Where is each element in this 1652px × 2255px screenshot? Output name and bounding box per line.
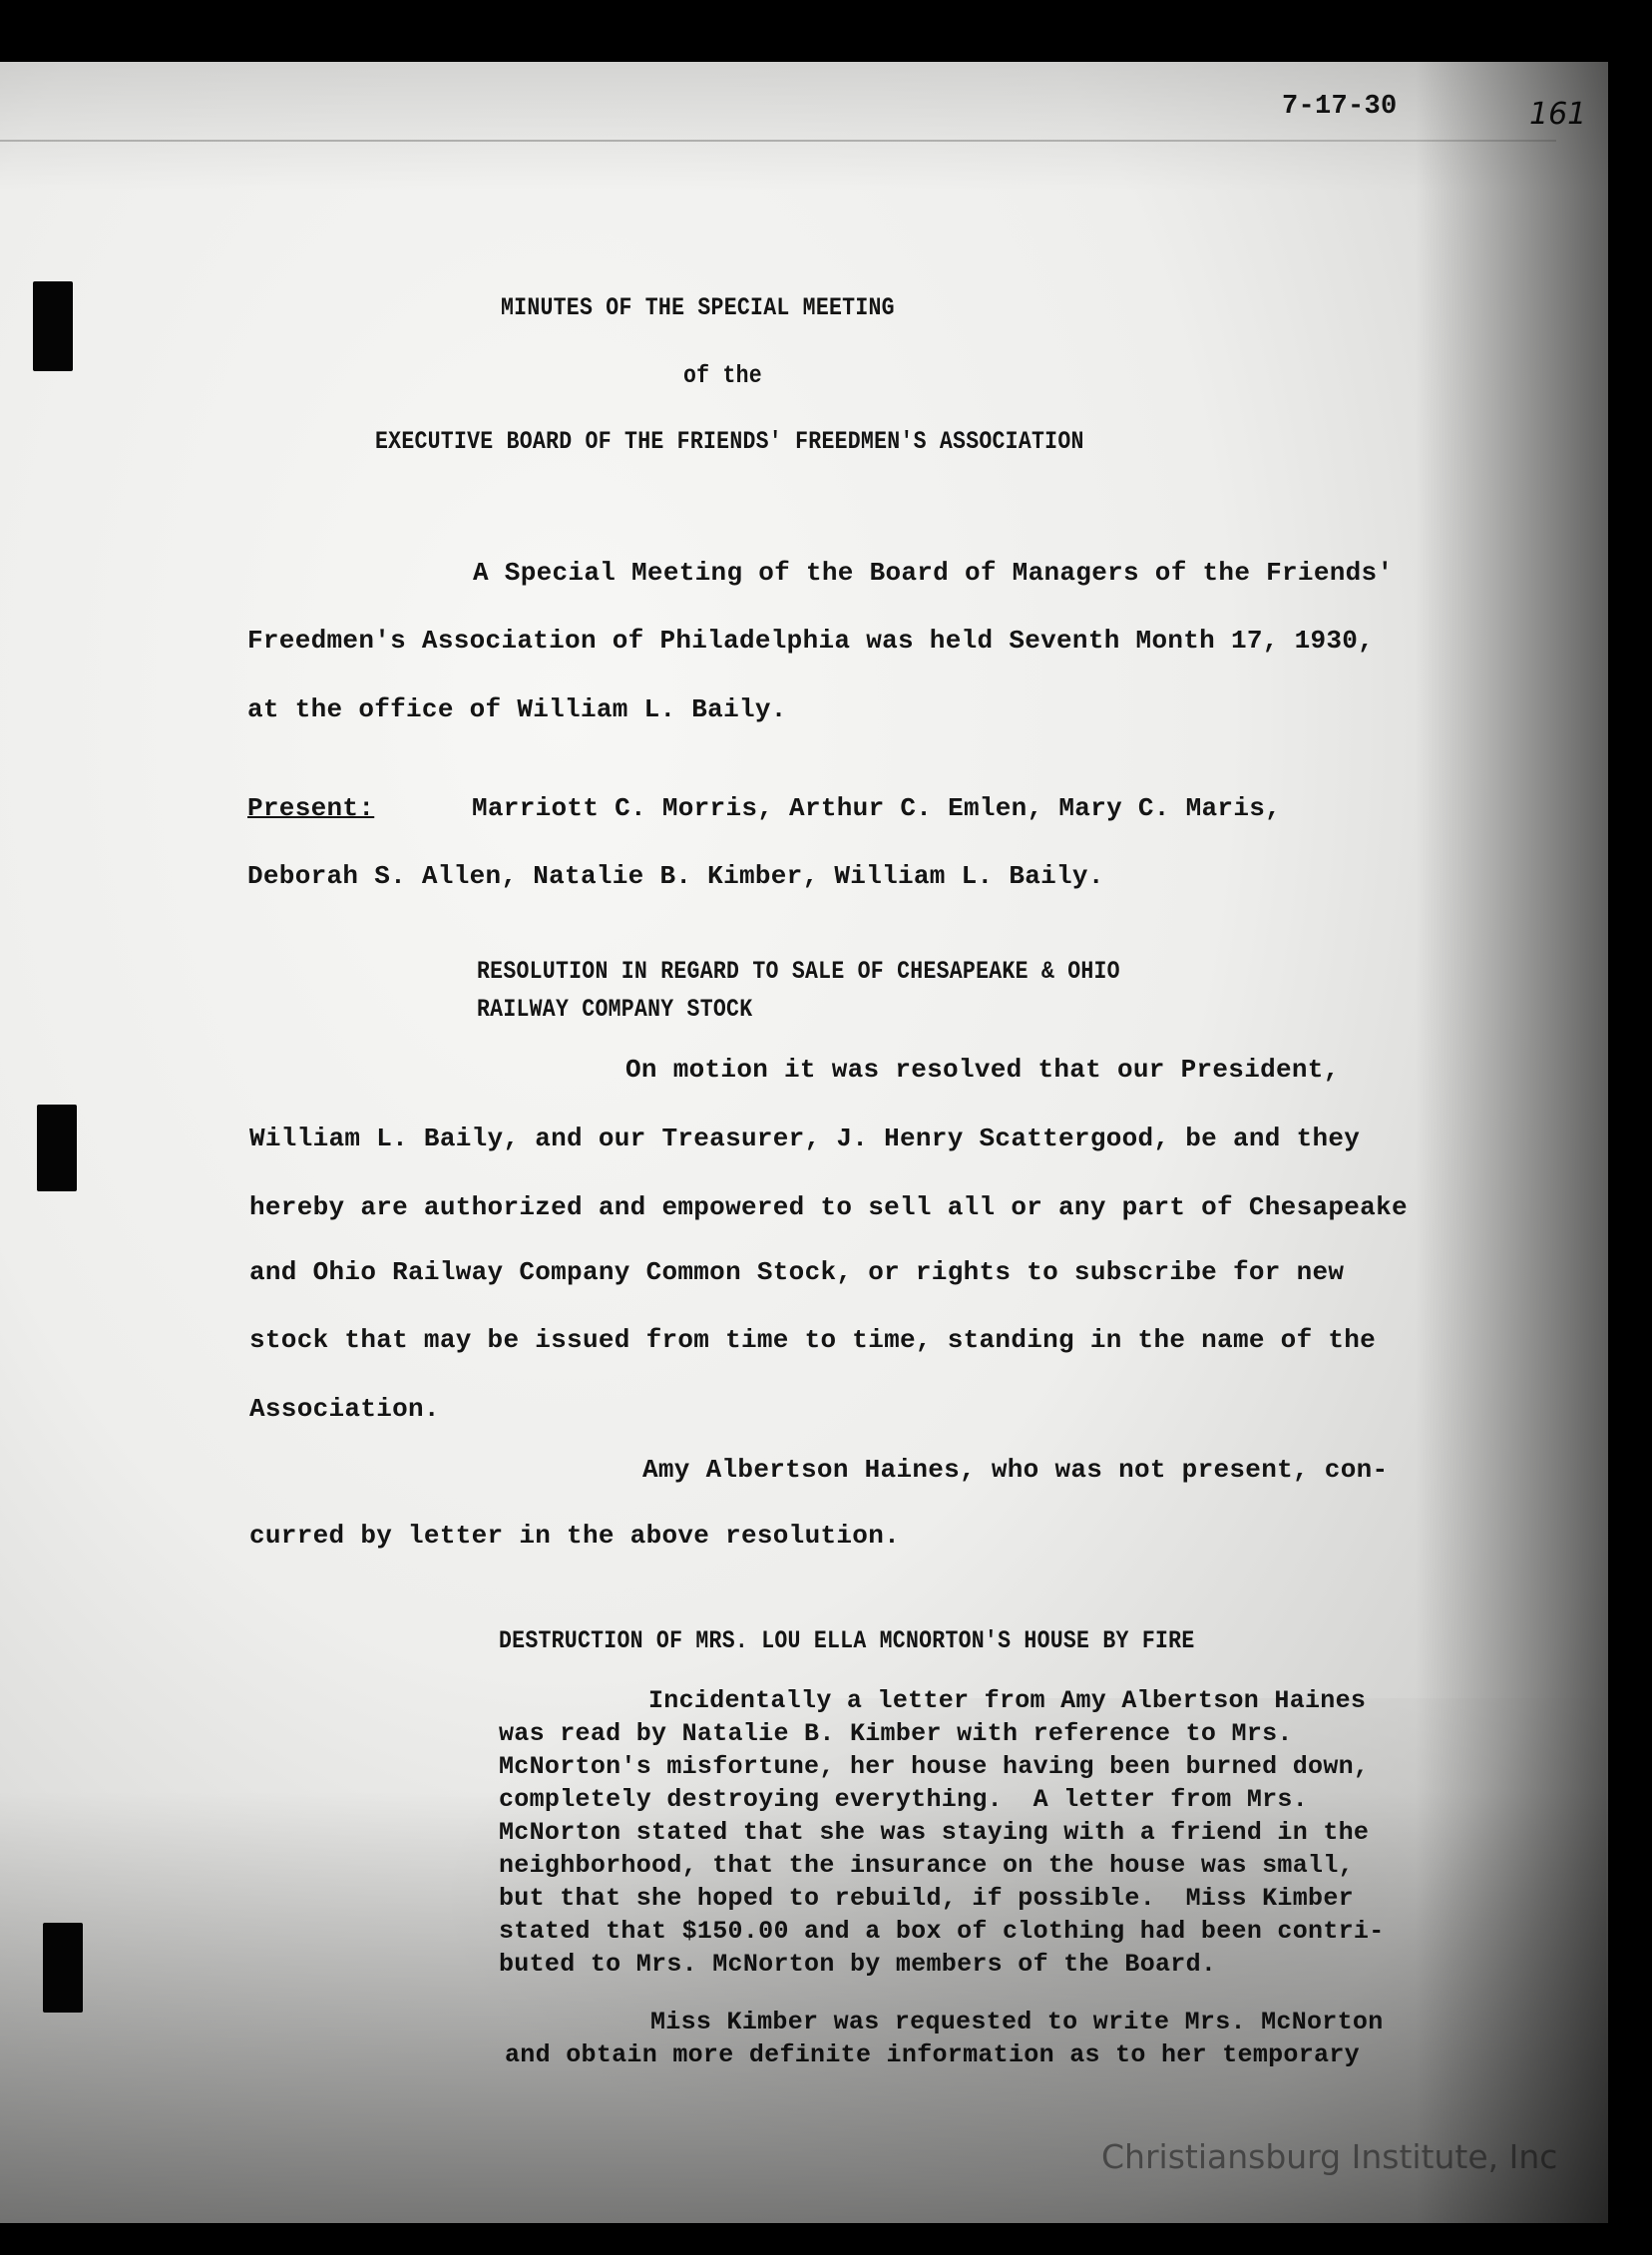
page-number: 161 (1529, 97, 1586, 132)
fire-para1-line-9: buted to Mrs. McNorton by members of the… (499, 1948, 1216, 1982)
resolution-line-1: On motion it was resolved that our Presi… (625, 1055, 1340, 1085)
resolution-line-6: Association. (249, 1394, 440, 1424)
concurrence-line-1: Amy Albertson Haines, who was not presen… (642, 1455, 1388, 1485)
concurrence-line-2: curred by letter in the above resolution… (249, 1521, 900, 1551)
intro-line-1: A Special Meeting of the Board of Manage… (473, 558, 1393, 588)
intro-line-2: Freedmen's Association of Philadelphia w… (247, 626, 1374, 656)
resolution-line-2: William L. Baily, and our Treasurer, J. … (249, 1124, 1360, 1153)
title-line-2: of the (683, 361, 762, 390)
resolution-heading-line-2: RAILWAY COMPANY STOCK (477, 995, 752, 1024)
top-rule (0, 140, 1556, 142)
present-line-2: Deborah S. Allen, Natalie B. Kimber, Wil… (247, 861, 1104, 891)
fire-para1-line-4: completely destroying everything. A lett… (499, 1783, 1308, 1817)
registration-mark-middle (37, 1105, 77, 1191)
fire-para2-line-1: Miss Kimber was requested to write Mrs. … (650, 2006, 1384, 2039)
resolution-heading-line-1: RESOLUTION IN REGARD TO SALE OF CHESAPEA… (477, 957, 1120, 986)
fire-para1-line-5: McNorton stated that she was staying wit… (499, 1816, 1369, 1850)
fire-para2-line-2: and obtain more definite information as … (505, 2038, 1360, 2072)
intro-line-3: at the office of William L. Baily. (247, 694, 787, 724)
title-line-1: MINUTES OF THE SPECIAL MEETING (501, 293, 895, 322)
fire-heading: DESTRUCTION OF MRS. LOU ELLA MCNORTON'S … (499, 1626, 1194, 1655)
title-line-3: EXECUTIVE BOARD OF THE FRIENDS' FREEDMEN… (375, 427, 1084, 456)
fire-para1-line-6: neighborhood, that the insurance on the … (499, 1849, 1354, 1883)
fire-para1-line-1: Incidentally a letter from Amy Albertson… (648, 1684, 1366, 1718)
present-line-1: Marriott C. Morris, Arthur C. Emlen, Mar… (472, 793, 1281, 823)
watermark: Christiansburg Institute, Inc (1101, 2137, 1557, 2176)
resolution-line-4: and Ohio Railway Company Common Stock, o… (249, 1257, 1344, 1287)
registration-mark-top (33, 281, 73, 371)
resolution-line-3: hereby are authorized and empowered to s… (249, 1192, 1408, 1222)
resolution-line-5: stock that may be issued from time to ti… (249, 1325, 1376, 1355)
present-label: Present: (247, 793, 374, 823)
fire-para1-line-7: but that she hoped to rebuild, if possib… (499, 1882, 1354, 1916)
date-stamp: 7-17-30 (1282, 92, 1398, 122)
registration-mark-bottom (43, 1923, 83, 2013)
document-page: 7-17-30 161 MINUTES OF THE SPECIAL MEETI… (0, 62, 1608, 2223)
fire-para1-line-8: stated that $150.00 and a box of clothin… (499, 1915, 1385, 1949)
fire-para1-line-3: McNorton's misfortune, her house having … (499, 1750, 1369, 1784)
fire-para1-line-2: was read by Natalie B. Kimber with refer… (499, 1717, 1293, 1751)
